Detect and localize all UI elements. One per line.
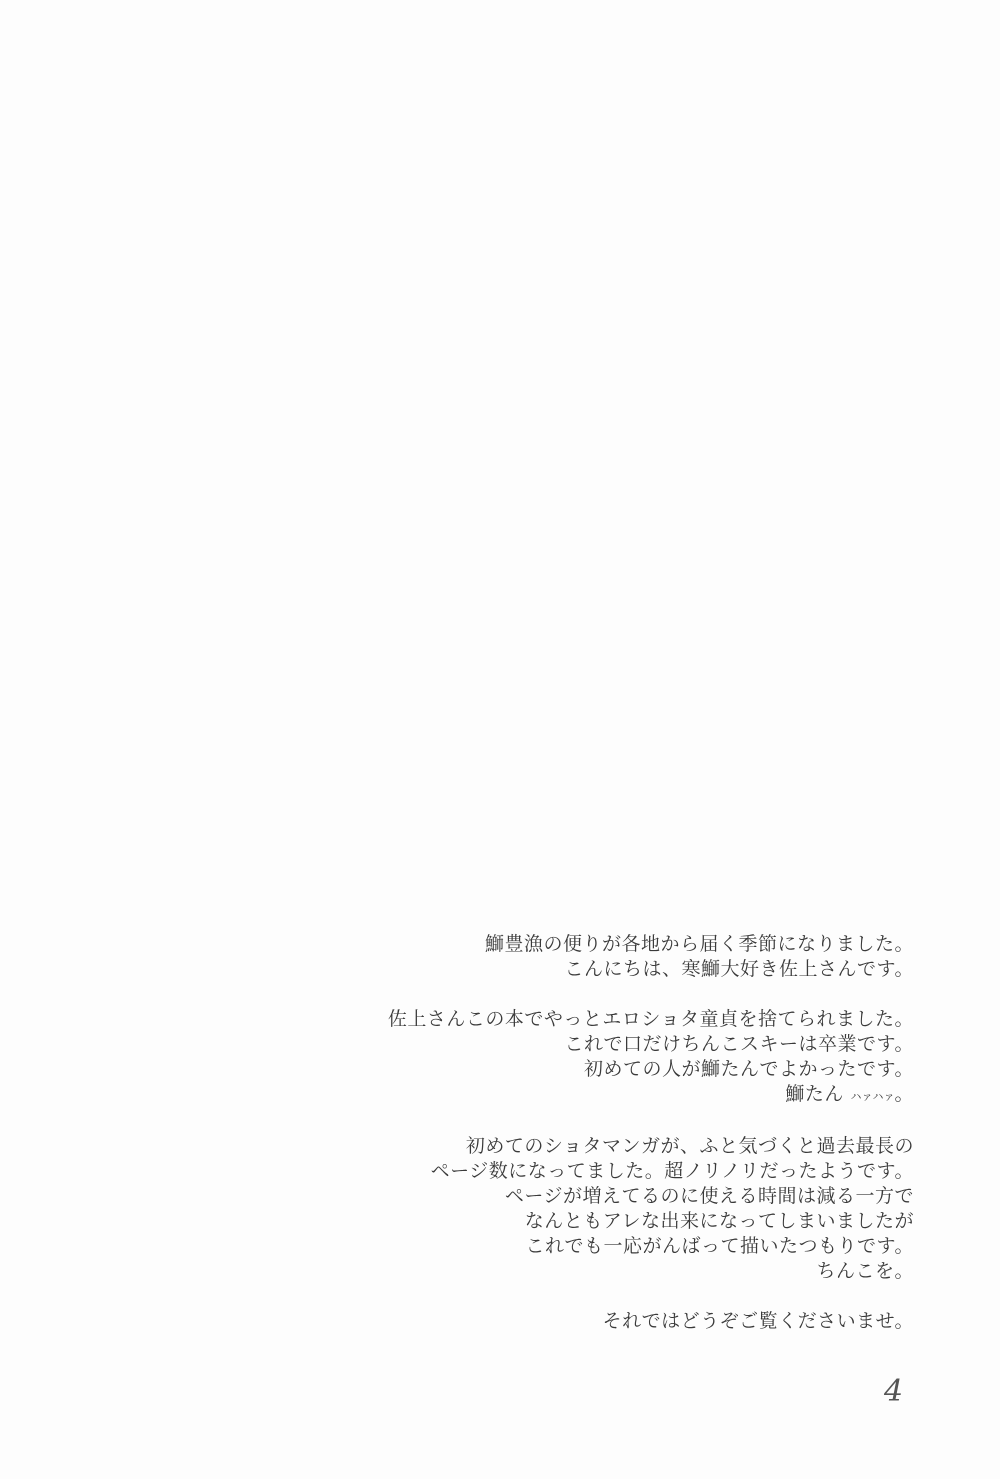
text-main: 鰤たん (785, 1083, 844, 1105)
text-period: 。 (894, 1083, 914, 1105)
afterword-text: 鰤豊漁の便りが各地から届く季節になりました。 こんにちは、寒鰤大好き佐上さんです… (388, 932, 914, 1334)
text-line: こんにちは、寒鰤大好き佐上さんです。 (388, 957, 914, 982)
text-line: なんともアレな出来になってしまいましたが (388, 1209, 914, 1234)
text-line: これでも一応がんばって描いたつもりです。 (388, 1234, 914, 1259)
text-small-aside: ハァハァ (850, 1090, 894, 1103)
page-number: 4 (884, 1374, 903, 1409)
text-line: それではどうぞご覧くださいませ。 (388, 1309, 914, 1334)
text-line: これで口だけちんこスキーは卒業です。 (388, 1032, 914, 1057)
text-line: 佐上さんこの本でやっとエロショタ童貞を捨てられました。 (388, 1007, 914, 1032)
paragraph-closing: それではどうぞご覧くださいませ。 (388, 1309, 914, 1334)
text-line: 鰤豊漁の便りが各地から届く季節になりました。 (388, 932, 914, 957)
text-line: 初めてのショタマンガが、ふと気づくと過去最長の (388, 1134, 914, 1159)
paragraph-greeting: 鰤豊漁の便りが各地から届く季節になりました。 こんにちは、寒鰤大好き佐上さんです… (388, 932, 914, 982)
text-line: 鰤たん ハァハァ。 (388, 1082, 914, 1109)
text-line: ページが増えてるのに使える時間は減る一方で (388, 1184, 914, 1209)
paragraph-confession: 佐上さんこの本でやっとエロショタ童貞を捨てられました。 これで口だけちんこスキー… (388, 1007, 914, 1109)
text-line: ページ数になってました。超ノリノリだったようです。 (388, 1159, 914, 1184)
text-line: 初めての人が鰤たんでよかったです。 (388, 1057, 914, 1082)
text-line: ちんこを。 (388, 1259, 914, 1284)
paragraph-comment: 初めてのショタマンガが、ふと気づくと過去最長の ページ数になってました。超ノリノ… (388, 1134, 914, 1284)
